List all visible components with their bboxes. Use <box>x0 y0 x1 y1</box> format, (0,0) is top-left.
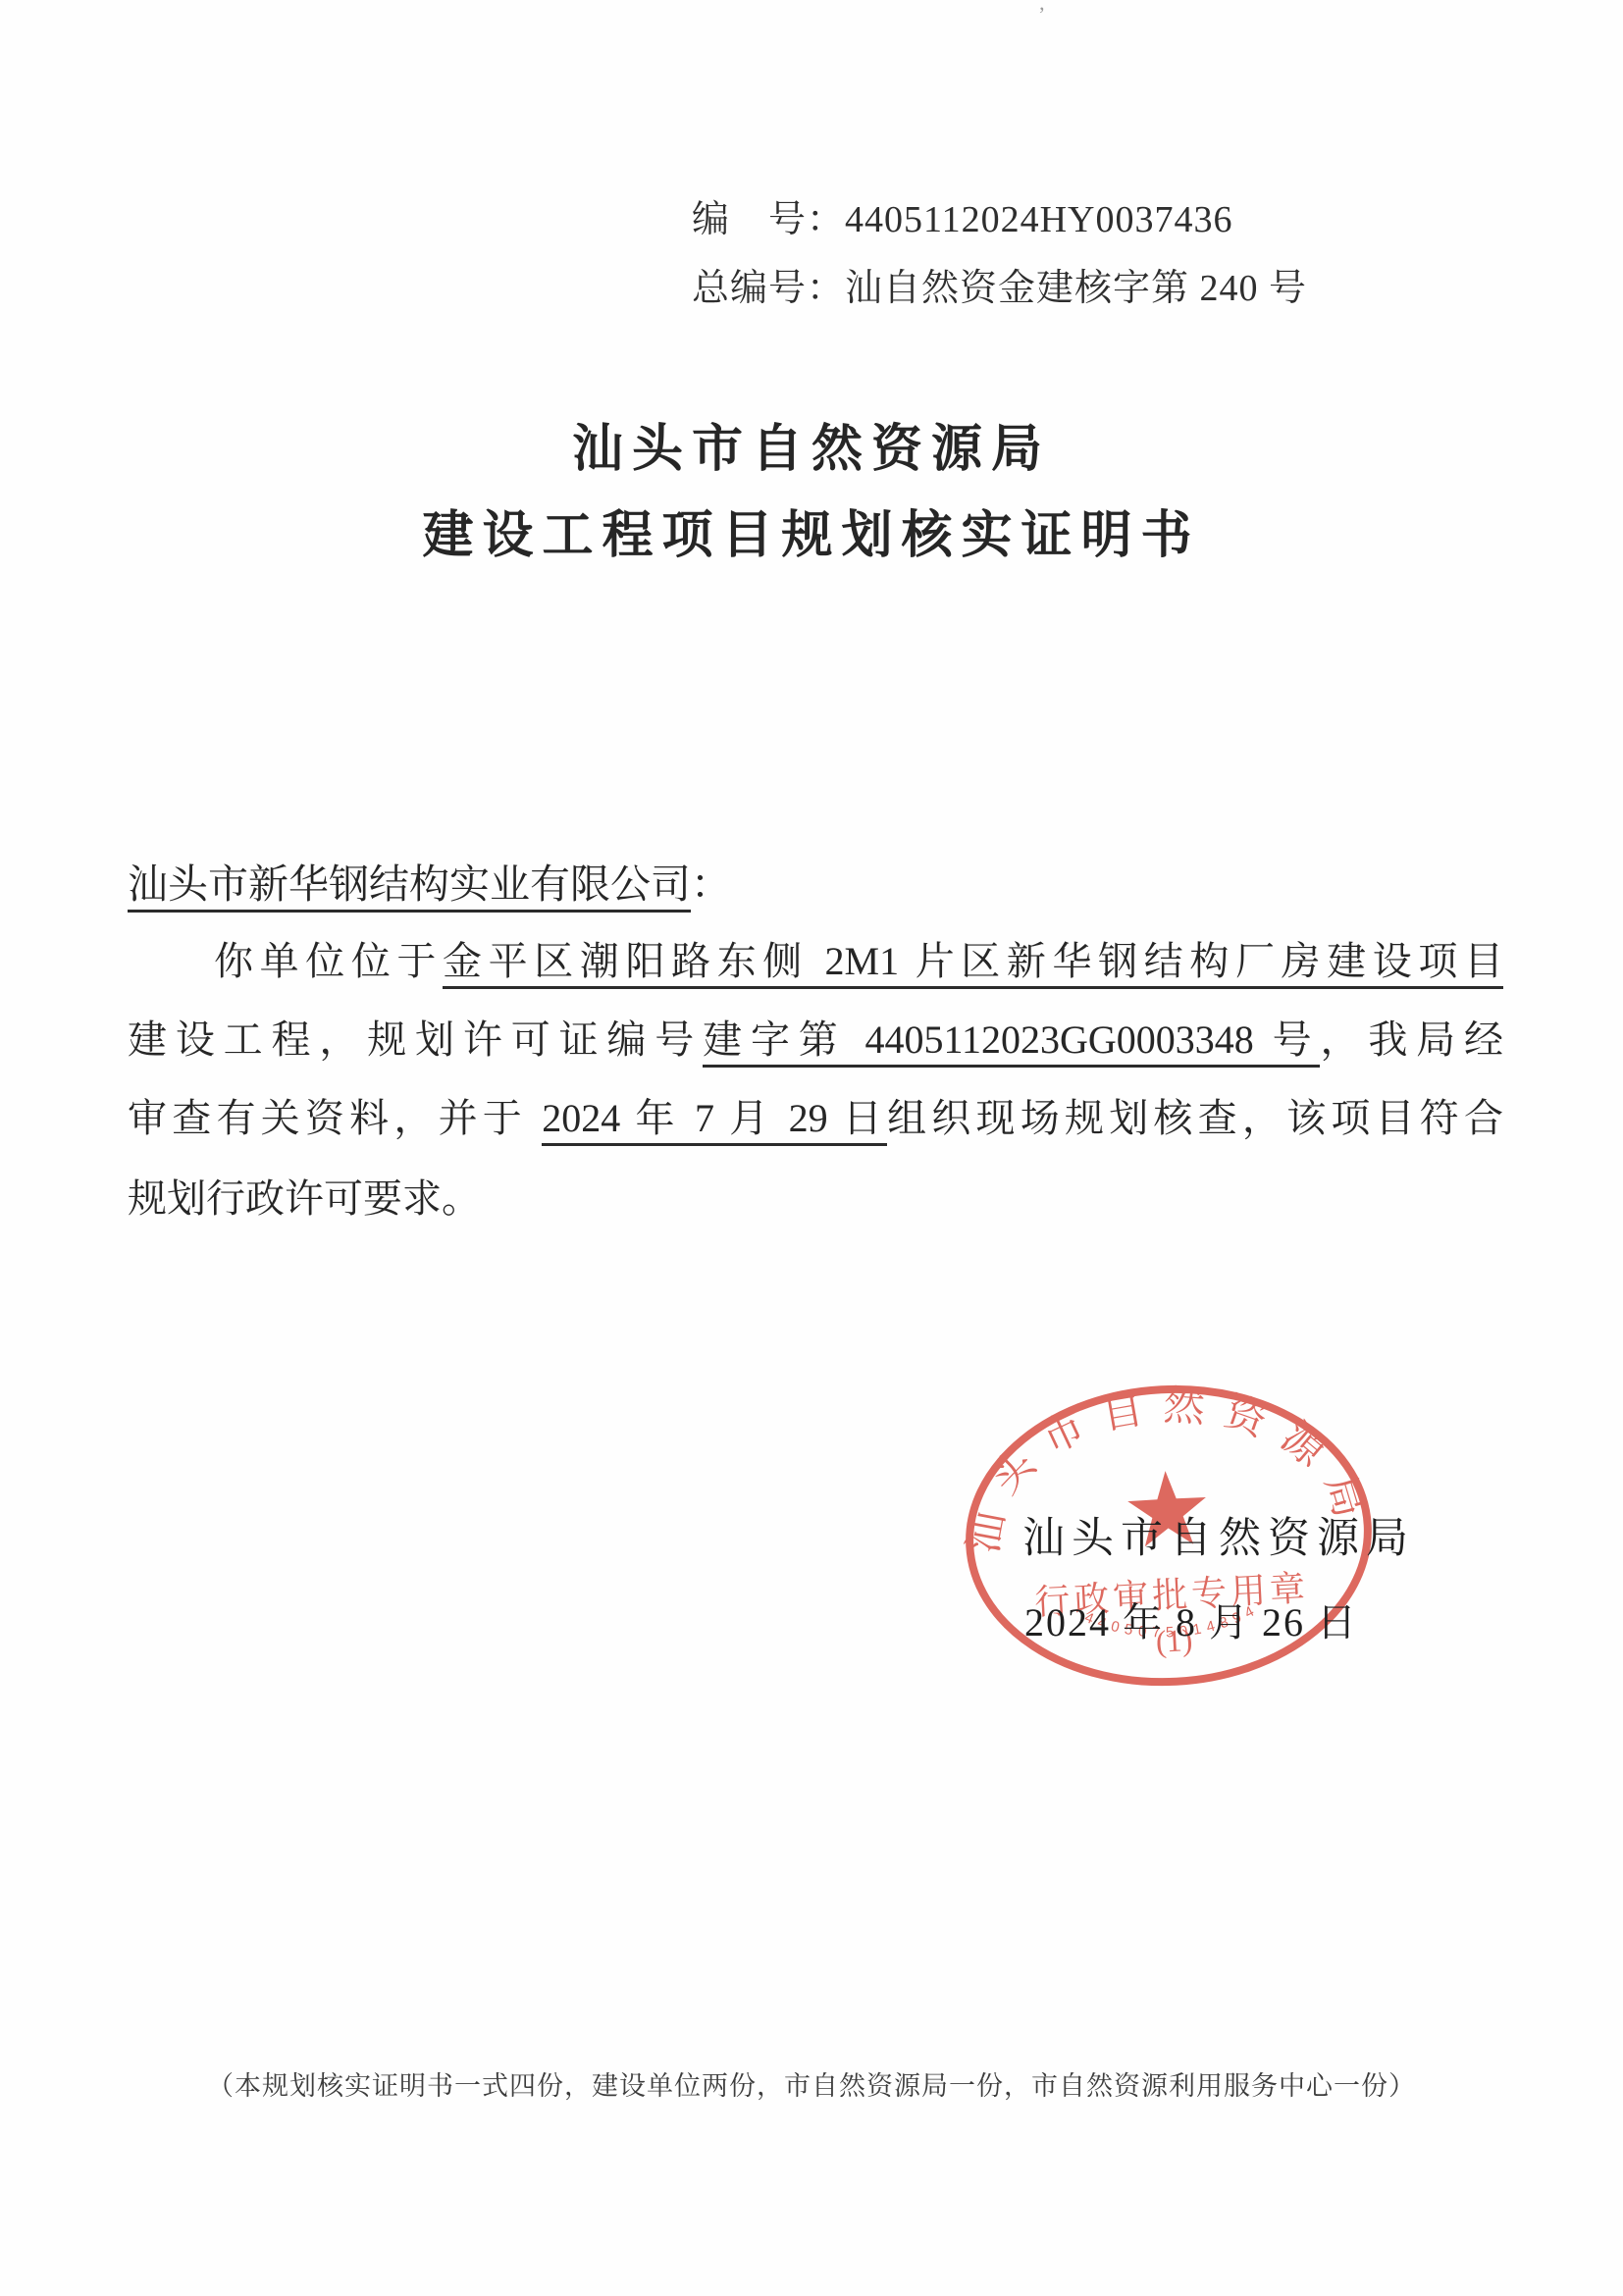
master-serial-line: 总编号：汕自然资金建核字第 240 号 <box>692 257 1307 311</box>
permit-number-underlined: 建字第 4405112023GG0003348 号 <box>703 1018 1320 1068</box>
body-text: 审查有关资料，并于 <box>128 1096 542 1140</box>
addressee-company: 汕头市新华钢结构实业有限公司 <box>128 861 691 913</box>
addressee-line: 汕头市新华钢结构实业有限公司： <box>128 852 731 910</box>
body-text: 你单位位于 <box>214 939 443 983</box>
addressee-colon: ： <box>691 861 731 907</box>
title-org-line: 汕头市自然资源局 <box>0 406 1623 493</box>
inspection-date-underlined: 2024 年 7 月 29 日 <box>542 1096 887 1146</box>
body-text: ，我局经 <box>1320 1018 1503 1062</box>
body-text: 规划行政许可要求。 <box>128 1176 481 1221</box>
serial-number-line: 编 号：4405112024HY0037436 <box>692 188 1232 242</box>
body-paragraph-line-2: 建设工程，规划许可证编号建字第 4405112023GG0003348 号，我局… <box>128 1009 1503 1065</box>
body-text: 组织现场规划核查，该项目符合 <box>887 1096 1503 1140</box>
signature-organization: 汕头市自然资源局 <box>1022 1505 1415 1565</box>
body-paragraph-line-1: 你单位位于金平区潮阳路东侧 2M1 片区新华钢结构厂房建设项目 <box>128 930 1503 986</box>
body-paragraph-line-4: 规划行政许可要求。 <box>128 1168 1503 1224</box>
document-title: 汕头市自然资源局 建设工程项目规划核实证明书 <box>0 406 1623 579</box>
body-paragraph-line-3: 审查有关资料，并于 2024 年 7 月 29 日组织现场规划核查，该项目符合 <box>128 1087 1503 1143</box>
distribution-note: （本规划核实证明书一式四份，建设单位两份，市自然资源局一份，市自然资源利用服务中… <box>0 2064 1623 2103</box>
project-location-underlined: 金平区潮阳路东侧 2M1 片区新华钢结构厂房建设项目 <box>443 939 1503 989</box>
scan-artifact-mark: ’ <box>1038 2 1045 27</box>
signature-date: 2024 年 8 月 26 日 <box>1024 1592 1358 1647</box>
body-text: 建设工程，规划许可证编号 <box>128 1018 703 1062</box>
document-page: ’ 编 号：4405112024HY0037436 总编号：汕自然资金建核字第 … <box>0 0 1623 2296</box>
title-doc-line: 建设工程项目规划核实证明书 <box>0 493 1623 579</box>
